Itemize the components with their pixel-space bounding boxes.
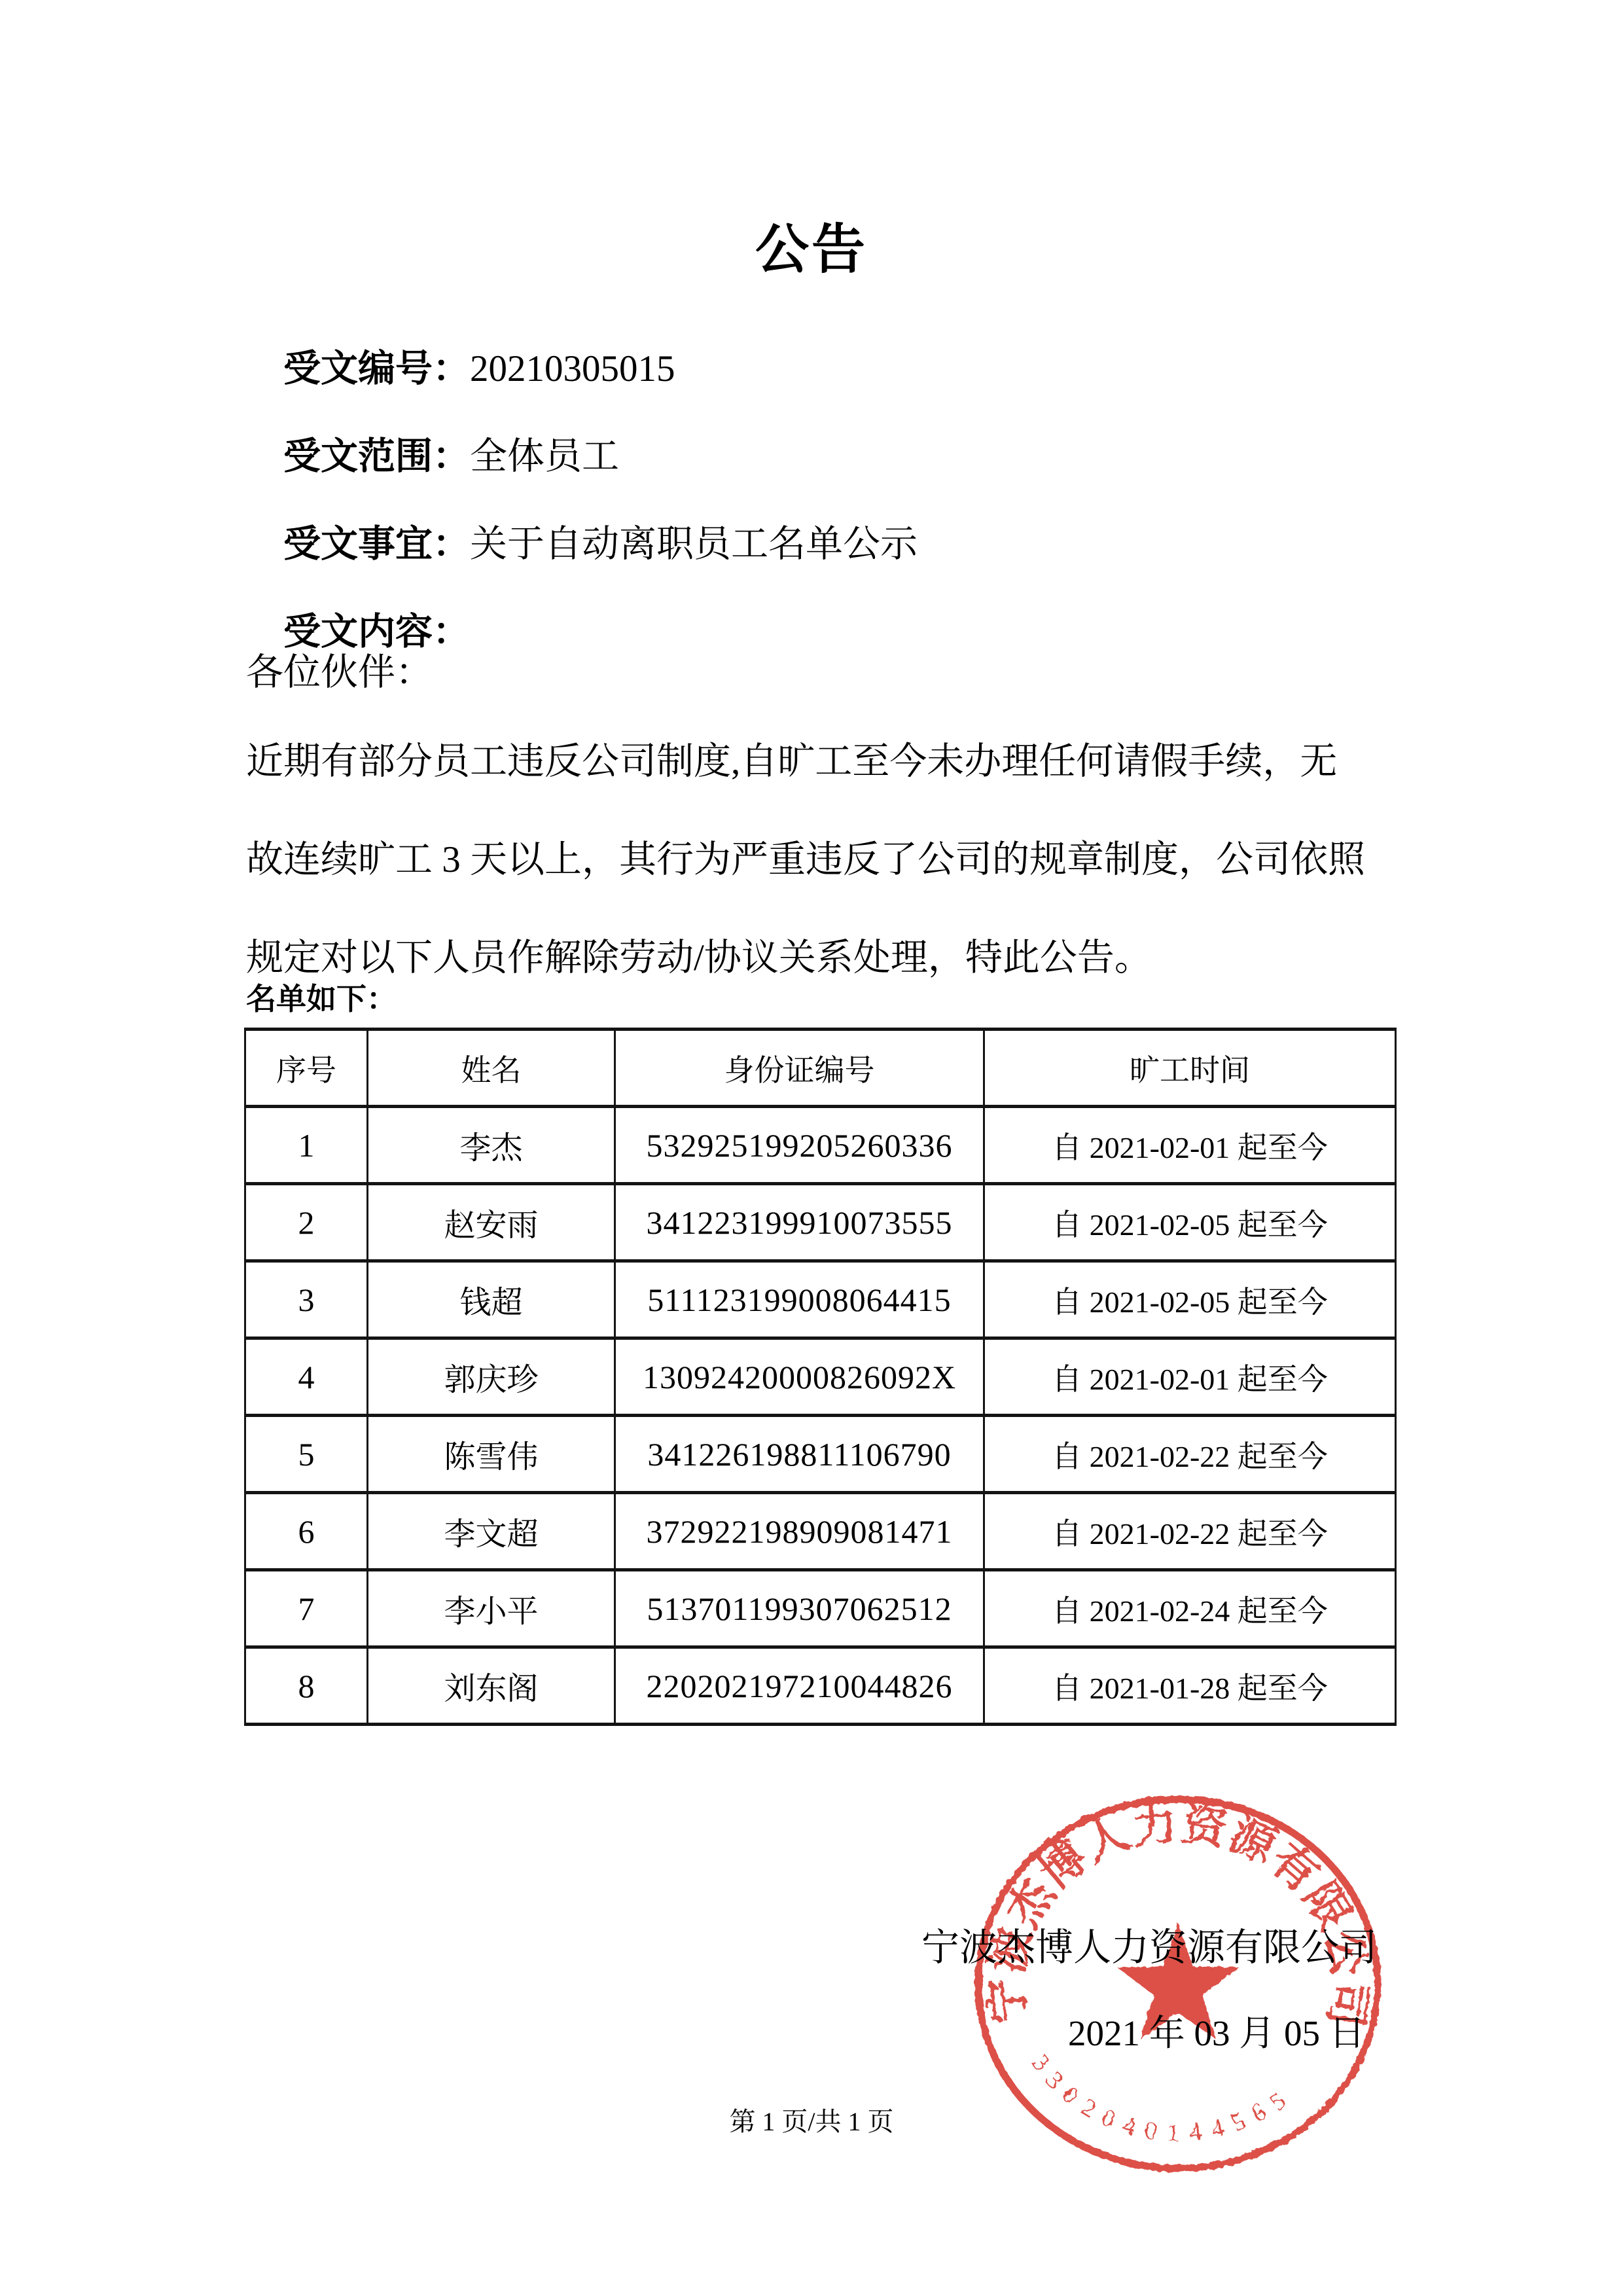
- roster-row: 1 李杰 532925199205260336 自 2021-02-01 起至今: [245, 1107, 1396, 1184]
- cell-id-card: 532925199205260336: [615, 1107, 984, 1184]
- seal-star-icon: [1117, 1923, 1239, 2039]
- header-name: 姓名: [368, 1030, 615, 1107]
- cell-name: 陈雪伟: [368, 1416, 615, 1493]
- cell-serial: 2: [245, 1184, 368, 1261]
- cell-id-card: 341223199910073555: [615, 1184, 984, 1261]
- cell-absence: 自 2021-02-05 起至今: [984, 1184, 1396, 1261]
- meta-label-doc-number: 受文编号：: [283, 348, 470, 389]
- cell-absence: 自 2021-02-24 起至今: [984, 1570, 1396, 1647]
- cell-name: 郭庆珍: [368, 1338, 615, 1416]
- cell-name: 刘东阁: [368, 1647, 615, 1725]
- roster-row: 4 郭庆珍 13092420000826092X 自 2021-02-01 起至…: [245, 1338, 1396, 1416]
- header-absence: 旷工时间: [984, 1030, 1396, 1107]
- cell-name: 李杰: [368, 1107, 615, 1184]
- page-number-footer: 第 1 页/共 1 页: [0, 2101, 1623, 2138]
- cell-id-card: 372922198909081471: [615, 1493, 984, 1570]
- meta-value-subject: 关于自动离职员工名单公示: [470, 524, 918, 565]
- header-serial: 序号: [245, 1030, 368, 1107]
- roster-row: 2 赵安雨 341223199910073555 自 2021-02-05 起至…: [245, 1184, 1396, 1261]
- roster-row: 6 李文超 372922198909081471 自 2021-02-22 起至…: [245, 1493, 1396, 1570]
- cell-absence: 自 2021-01-28 起至今: [984, 1647, 1396, 1725]
- roster-row: 8 刘东阁 220202197210044826 自 2021-01-28 起至…: [245, 1647, 1396, 1725]
- cell-id-card: 220202197210044826: [615, 1647, 984, 1725]
- roster-row: 3 钱超 511123199008064415 自 2021-02-05 起至今: [245, 1261, 1396, 1338]
- cell-id-card: 511123199008064415: [615, 1261, 984, 1338]
- meta-label-content: 受文内容：: [283, 611, 470, 653]
- cell-id-card: 513701199307062512: [615, 1570, 984, 1647]
- cell-serial: 7: [245, 1570, 368, 1647]
- cell-serial: 6: [245, 1493, 368, 1570]
- cell-absence: 自 2021-02-22 起至今: [984, 1493, 1396, 1570]
- page-title: 公告: [0, 207, 1623, 283]
- roster-row: 5 陈雪伟 341226198811106790 自 2021-02-22 起至…: [245, 1416, 1396, 1493]
- cell-name: 李小平: [368, 1570, 615, 1647]
- cell-serial: 8: [245, 1647, 368, 1725]
- cell-serial: 4: [245, 1338, 368, 1416]
- cell-absence: 自 2021-02-01 起至今: [984, 1107, 1396, 1184]
- meta-label-subject: 受文事宜：: [283, 524, 470, 565]
- roster-header-row: 序号 姓名 身份证编号 旷工时间: [245, 1030, 1396, 1107]
- cell-absence: 自 2021-02-01 起至今: [984, 1338, 1396, 1416]
- salutation: 各位伙伴：: [246, 649, 433, 696]
- cell-serial: 1: [245, 1107, 368, 1184]
- cell-name: 钱超: [368, 1261, 615, 1338]
- meta-label-scope: 受文范围：: [283, 436, 470, 477]
- cell-name: 李文超: [368, 1493, 615, 1570]
- body-line-2: 故连续旷工 3 天以上，其行为严重违反了公司的规章制度，公司依照: [246, 836, 1385, 884]
- cell-serial: 3: [245, 1261, 368, 1338]
- roster-table: 序号 姓名 身份证编号 旷工时间 1 李杰 532925199205260336…: [244, 1028, 1397, 1726]
- cell-absence: 自 2021-02-22 起至今: [984, 1416, 1396, 1493]
- meta-value-scope: 全体员工: [470, 436, 619, 477]
- cell-serial: 5: [245, 1416, 368, 1493]
- body-line-3: 规定对以下人员作解除劳动/协议关系处理，特此公告。: [246, 935, 1385, 982]
- roster-list-label: 名单如下：: [246, 975, 397, 1018]
- roster-row: 7 李小平 513701199307062512 自 2021-02-24 起至…: [245, 1570, 1396, 1647]
- body-line-1: 近期有部分员工违反公司制度,自旷工至今未办理任何请假手续，无: [246, 738, 1385, 785]
- cell-id-card: 341226198811106790: [615, 1416, 984, 1493]
- cell-absence: 自 2021-02-05 起至今: [984, 1261, 1396, 1338]
- cell-id-card: 13092420000826092X: [615, 1338, 984, 1416]
- meta-value-doc-number: 20210305015: [470, 348, 675, 389]
- cell-name: 赵安雨: [368, 1184, 615, 1261]
- header-id-card: 身份证编号: [615, 1030, 984, 1107]
